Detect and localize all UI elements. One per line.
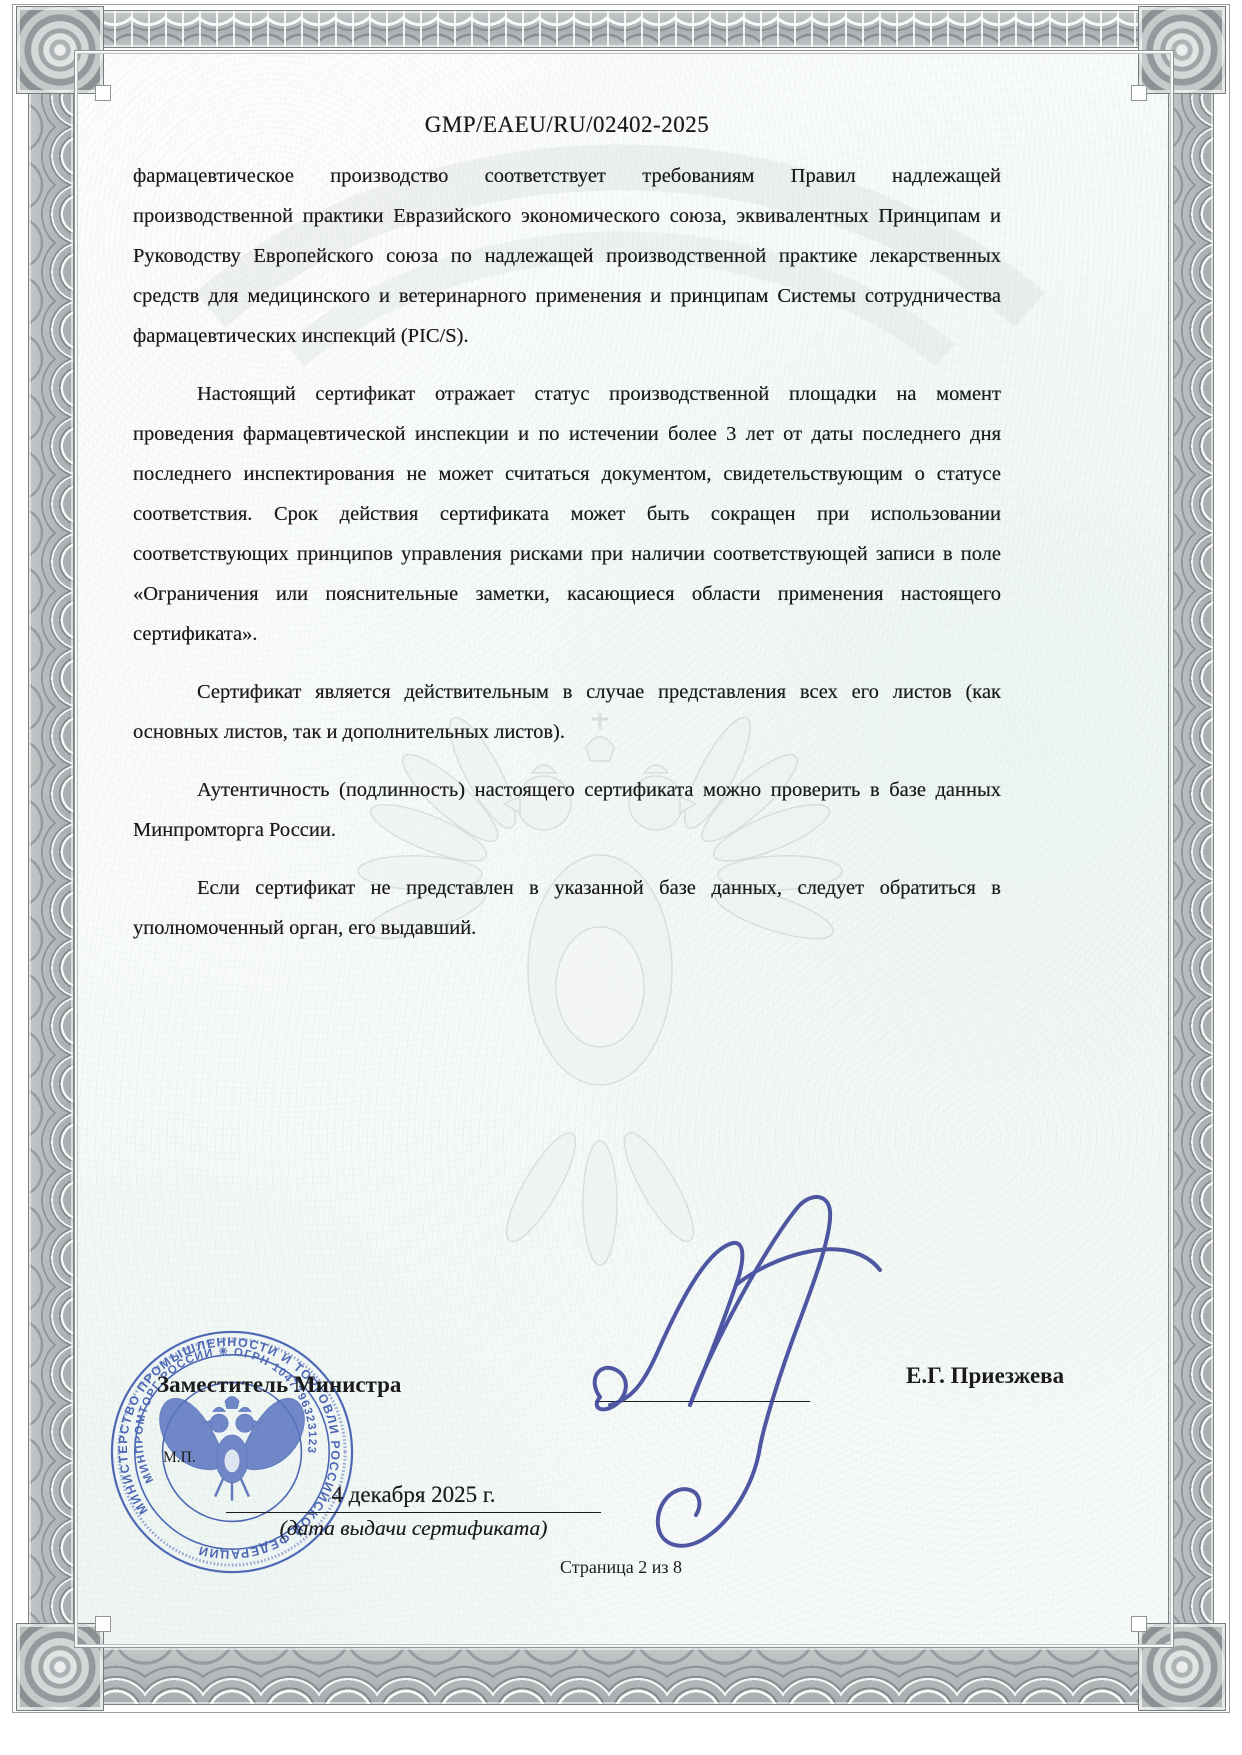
border-band-left — [28, 10, 74, 1705]
border-corner-bottom-left — [16, 1623, 104, 1711]
paragraph-fallback: Если сертификат не представлен в указанн… — [133, 868, 1001, 948]
border-band-bottom — [28, 1647, 1214, 1705]
issue-date-underline — [226, 1512, 601, 1513]
signer-position-title: Заместитель Министра — [157, 1372, 401, 1398]
signer-name: Е.Г. Приезжева — [906, 1363, 1064, 1389]
issue-date: 4 декабря 2025 г. — [226, 1482, 601, 1508]
paragraph-validity: Сертификат является действительным в слу… — [133, 672, 1001, 752]
certificate-page: GMP/EAEU/RU/02402-2025 фармацевтическое … — [0, 0, 1242, 1755]
issue-date-caption: (дата выдачи сертификата) — [206, 1516, 621, 1541]
certificate-number: GMP/EAEU/RU/02402-2025 — [133, 112, 1001, 138]
signature-stroke — [610, 1243, 742, 1405]
stamp-place-label: М.П. — [163, 1449, 196, 1467]
border-band-right — [1168, 10, 1214, 1705]
page-indicator: Страница 2 из 8 — [0, 1557, 1242, 1578]
paragraph-authenticity: Аутентичность (подлинность) настоящего с… — [133, 770, 1001, 850]
border-corner-top-right — [1138, 6, 1226, 94]
border-band-top — [28, 10, 1214, 48]
paragraph-status: Настоящий сертификат отражает статус про… — [133, 374, 1001, 654]
paragraph-continuation: фармацевтическое производство соответств… — [133, 156, 1001, 356]
border-corner-top-left — [16, 6, 104, 94]
signature-stroke — [658, 1447, 760, 1546]
border-corner-bottom-right — [1138, 1623, 1226, 1711]
signature-stroke — [690, 1197, 830, 1447]
document-content: GMP/EAEU/RU/02402-2025 фармацевтическое … — [133, 112, 1001, 948]
